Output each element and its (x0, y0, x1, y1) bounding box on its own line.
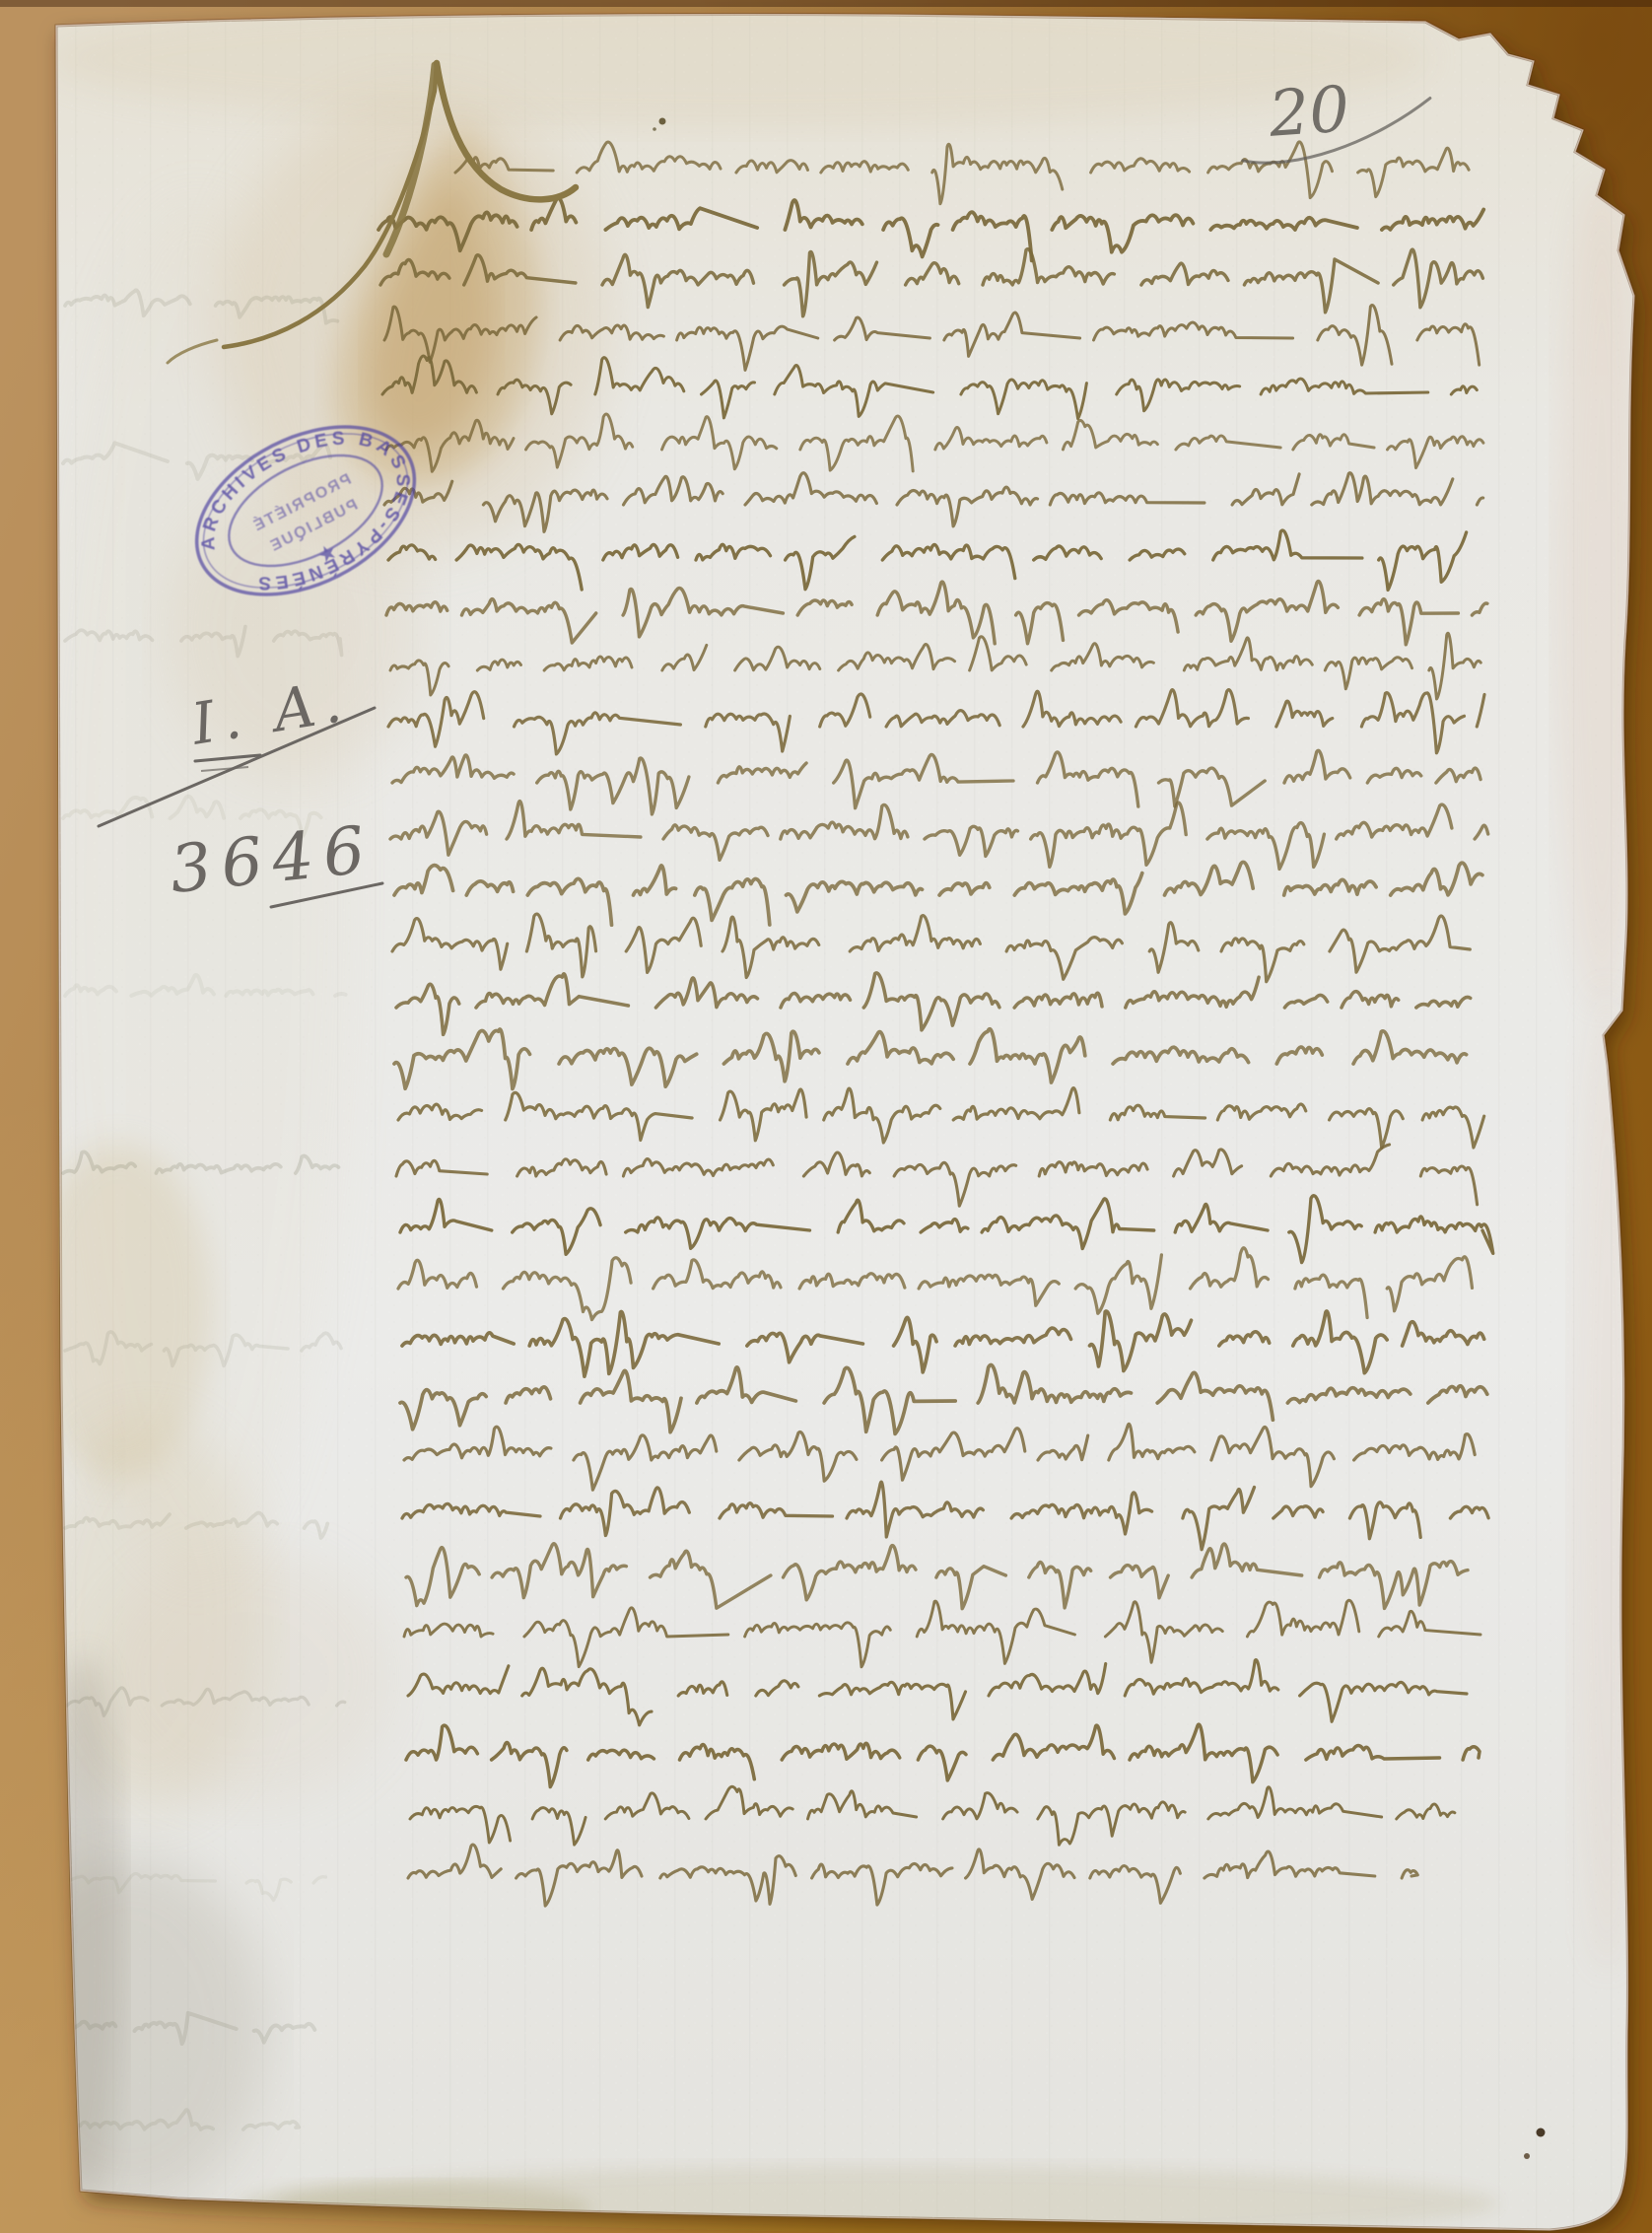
photograph-of-manuscript: 20 ARCHIVES DES BASSES-PYRÉNÉES PROPRIÉT… (0, 0, 1652, 2233)
ink-speck (659, 118, 666, 125)
paper-hole (1537, 2128, 1546, 2137)
document-photo: 20 ARCHIVES DES BASSES-PYRÉNÉES PROPRIÉT… (0, 0, 1652, 2233)
page-number-text: 20 (1266, 73, 1351, 152)
paper-hole (1524, 2153, 1530, 2159)
ink-speck (653, 127, 656, 131)
photo-top-edge (0, 0, 1652, 7)
